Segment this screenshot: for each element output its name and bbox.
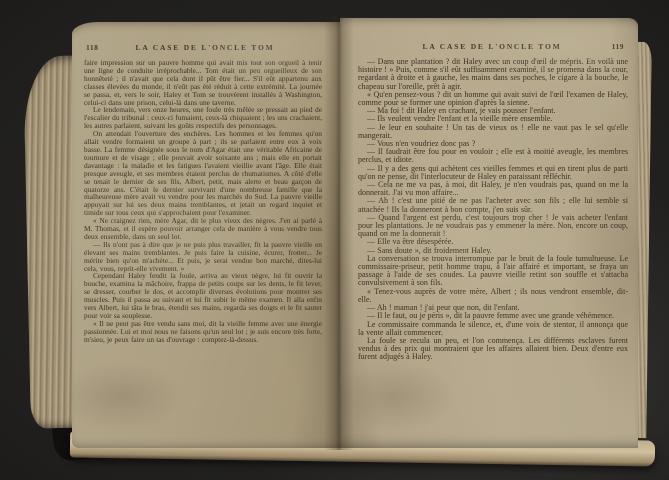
- paragraph: « Ne craignez rien, mère Agar, dit le pl…: [84, 217, 322, 241]
- paragraph: — Ils n'ont pas à dire que je ne puis pl…: [84, 241, 322, 273]
- left-page-header: 118 LA CASE DE L'ONCLE TOM: [74, 22, 338, 52]
- paragraph: Le commissaire commanda le silence, et, …: [358, 321, 628, 337]
- paragraph: On attendait l'ouverture des enchères. L…: [84, 130, 322, 217]
- left-running-title: LA CASE DE L'ONCLE TOM: [116, 43, 294, 52]
- paragraph: « Qu'en pensez-vous ? dit un homme qui a…: [358, 91, 628, 107]
- paragraph: — Dans une plantation ? dit Haley avec u…: [358, 58, 628, 91]
- paragraph: « Tenez-vous auprès de votre mère, Alber…: [358, 288, 628, 304]
- right-page-header: LA CASE DE L'ONCLE TOM 119: [342, 18, 636, 51]
- right-page-number: 119: [594, 42, 624, 51]
- paragraph: faire impression sur un pauvre homme qui…: [84, 59, 322, 106]
- paragraph: La foule se recula un peu, et l'on comme…: [358, 337, 628, 362]
- paragraph: — Je leur en souhaite ! Un tas de vieux …: [358, 124, 628, 140]
- paragraph: — Ah ! c'est une pitié de ne pas l'achet…: [358, 197, 628, 213]
- paragraph: — Cela ne me va pas, à moi, dit Haley, j…: [358, 181, 628, 197]
- left-page-text: faire impression sur un pauvre homme qui…: [72, 59, 340, 344]
- right-page: LA CASE DE L'ONCLE TOM 119 — Dans une pl…: [340, 18, 638, 448]
- right-page-text: — Dans une plantation ? dit Haley avec u…: [340, 58, 638, 362]
- left-page: 118 LA CASE DE L'ONCLE TOM faire impress…: [72, 22, 340, 448]
- paragraph: Le lendemain, vers onze heures, une foul…: [84, 106, 322, 130]
- photo-background: 118 LA CASE DE L'ONCLE TOM faire impress…: [0, 0, 669, 480]
- paragraph: Cependant Haley fendit la foule, arriva …: [84, 272, 322, 319]
- paragraph: « Il ne peut pas être vendu sans moi, di…: [84, 320, 322, 344]
- right-running-title: LA CASE DE L'ONCLE TOM: [390, 42, 594, 51]
- paragraph: La conversation se trouva interrompue pa…: [358, 255, 628, 288]
- paragraph: — Quand l'argent est perdu, c'est toujou…: [358, 214, 628, 239]
- paragraph: — Il y a des gens qui achètent ces vieil…: [358, 165, 628, 181]
- paragraph: — Il faudrait être fou pour en vouloir ;…: [358, 148, 628, 164]
- left-page-number: 118: [86, 43, 116, 52]
